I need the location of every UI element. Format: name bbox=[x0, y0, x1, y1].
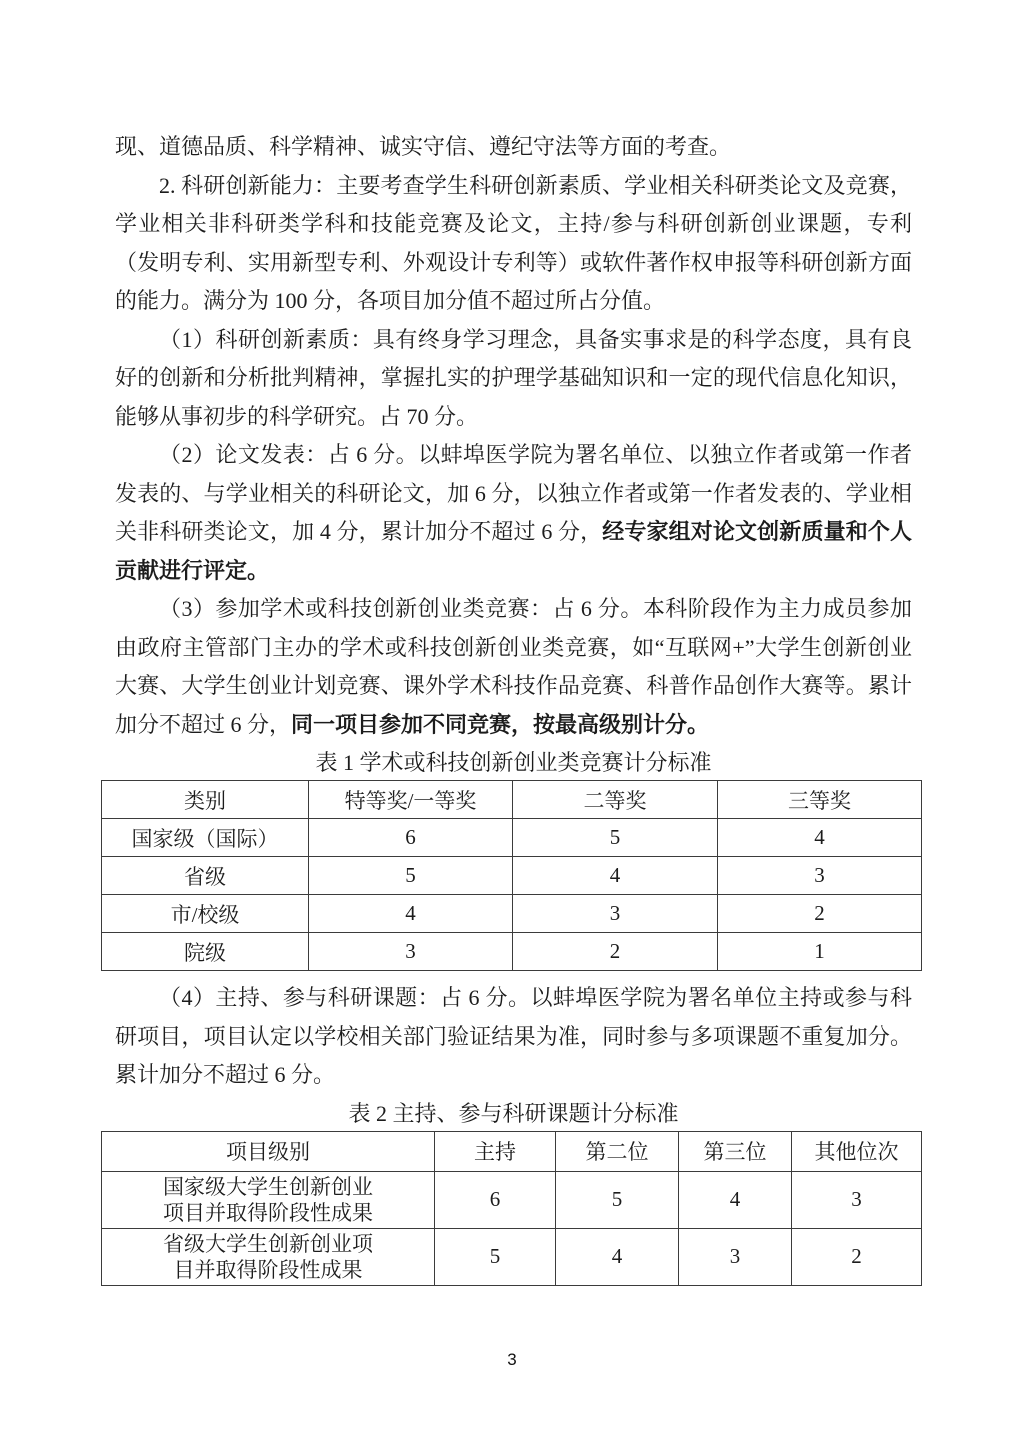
paragraph-continuation: 现、道德品质、科学精神、诚实守信、遵纪守法等方面的考查。 bbox=[115, 128, 912, 167]
table2-header-row: 项目级别 主持 第二位 第三位 其他位次 bbox=[102, 1131, 922, 1171]
table1-wrapper: 类别 特等奖/一等奖 二等奖 三等奖 国家级（国际） 6 5 4 省级 5 bbox=[101, 780, 912, 971]
table-header-cell: 特等奖/一等奖 bbox=[309, 781, 513, 819]
table2-caption: 表 2 主持、参与科研课题计分标准 bbox=[115, 1099, 912, 1129]
table-cell: 2 bbox=[792, 1228, 922, 1285]
table-cell: 2 bbox=[513, 933, 718, 971]
table-cell: 6 bbox=[309, 819, 513, 857]
table-header-cell: 项目级别 bbox=[102, 1131, 435, 1171]
table-header-cell: 其他位次 bbox=[792, 1131, 922, 1171]
paragraph-research-innovation-ability: 2. 科研创新能力：主要考查学生科研创新素质、学业相关科研类论文及竞赛，学业相关… bbox=[115, 167, 912, 321]
table-cell: 5 bbox=[309, 857, 513, 895]
table-cell: 市/校级 bbox=[102, 895, 309, 933]
table-row: 国家级大学生创新创业项目并取得阶段性成果 6 5 4 3 bbox=[102, 1171, 922, 1228]
table-cell: 5 bbox=[556, 1171, 679, 1228]
table2-project-scores: 项目级别 主持 第二位 第三位 其他位次 国家级大学生创新创业项目并取得阶段性成… bbox=[101, 1131, 922, 1286]
table-cell: 3 bbox=[792, 1171, 922, 1228]
document-page: 现、道德品质、科学精神、诚实守信、遵纪守法等方面的考查。 2. 科研创新能力：主… bbox=[0, 0, 1024, 1448]
paragraph-item4-research-projects: （4）主持、参与科研课题：占 6 分。以蚌埠医学院为署名单位主持或参与科研项目，… bbox=[115, 979, 912, 1095]
paragraph-bold-text: 同一项目参加不同竞赛，按最高级别计分。 bbox=[291, 712, 709, 737]
table-row: 国家级（国际） 6 5 4 bbox=[102, 819, 922, 857]
table-cell: 省级 bbox=[102, 857, 309, 895]
table1-caption: 表 1 学术或科技创新创业类竞赛计分标准 bbox=[115, 748, 912, 778]
table-cell: 1 bbox=[718, 933, 922, 971]
table-cell: 4 bbox=[718, 819, 922, 857]
table-header-cell: 类别 bbox=[102, 781, 309, 819]
table-cell: 5 bbox=[513, 819, 718, 857]
table-cell: 5 bbox=[435, 1228, 556, 1285]
page-content: 现、道德品质、科学精神、诚实守信、遵纪守法等方面的考查。 2. 科研创新能力：主… bbox=[115, 128, 912, 1286]
paragraph-item2-paper-publication: （2）论文发表：占 6 分。以蚌埠医学院为署名单位、以独立作者或第一作者发表的、… bbox=[115, 436, 912, 590]
table-row: 省级 5 4 3 bbox=[102, 857, 922, 895]
table-cell: 3 bbox=[513, 895, 718, 933]
table-cell: 6 bbox=[435, 1171, 556, 1228]
table-header-cell: 三等奖 bbox=[718, 781, 922, 819]
table-cell: 4 bbox=[556, 1228, 679, 1285]
page-number: 3 bbox=[0, 1350, 1024, 1370]
table-cell: 4 bbox=[309, 895, 513, 933]
project-level-label: 国家级大学生创新创业项目并取得阶段性成果 bbox=[158, 1174, 378, 1226]
table1-header-row: 类别 特等奖/一等奖 二等奖 三等奖 bbox=[102, 781, 922, 819]
table-cell: 4 bbox=[513, 857, 718, 895]
table-header-cell: 第二位 bbox=[556, 1131, 679, 1171]
table-row: 院级 3 2 1 bbox=[102, 933, 922, 971]
table-row: 市/校级 4 3 2 bbox=[102, 895, 922, 933]
table-cell: 院级 bbox=[102, 933, 309, 971]
table-header-cell: 主持 bbox=[435, 1131, 556, 1171]
table1-competition-scores: 类别 特等奖/一等奖 二等奖 三等奖 国家级（国际） 6 5 4 省级 5 bbox=[101, 780, 922, 971]
table-header-cell: 第三位 bbox=[679, 1131, 792, 1171]
table-cell: 3 bbox=[718, 857, 922, 895]
table-cell: 3 bbox=[679, 1228, 792, 1285]
project-level-label: 省级大学生创新创业项目并取得阶段性成果 bbox=[158, 1231, 378, 1283]
table-header-cell: 二等奖 bbox=[513, 781, 718, 819]
table-cell: 国家级大学生创新创业项目并取得阶段性成果 bbox=[102, 1171, 435, 1228]
table-cell: 4 bbox=[679, 1171, 792, 1228]
table-cell: 国家级（国际） bbox=[102, 819, 309, 857]
paragraph-item3-competitions: （3）参加学术或科技创新创业类竞赛：占 6 分。本科阶段作为主力成员参加由政府主… bbox=[115, 590, 912, 744]
table-cell: 2 bbox=[718, 895, 922, 933]
table-row: 省级大学生创新创业项目并取得阶段性成果 5 4 3 2 bbox=[102, 1228, 922, 1285]
paragraph-item1-innovation-quality: （1）科研创新素质：具有终身学习理念，具备实事求是的科学态度，具有良好的创新和分… bbox=[115, 321, 912, 437]
table2-wrapper: 项目级别 主持 第二位 第三位 其他位次 国家级大学生创新创业项目并取得阶段性成… bbox=[101, 1131, 912, 1286]
table-cell: 省级大学生创新创业项目并取得阶段性成果 bbox=[102, 1228, 435, 1285]
table-cell: 3 bbox=[309, 933, 513, 971]
